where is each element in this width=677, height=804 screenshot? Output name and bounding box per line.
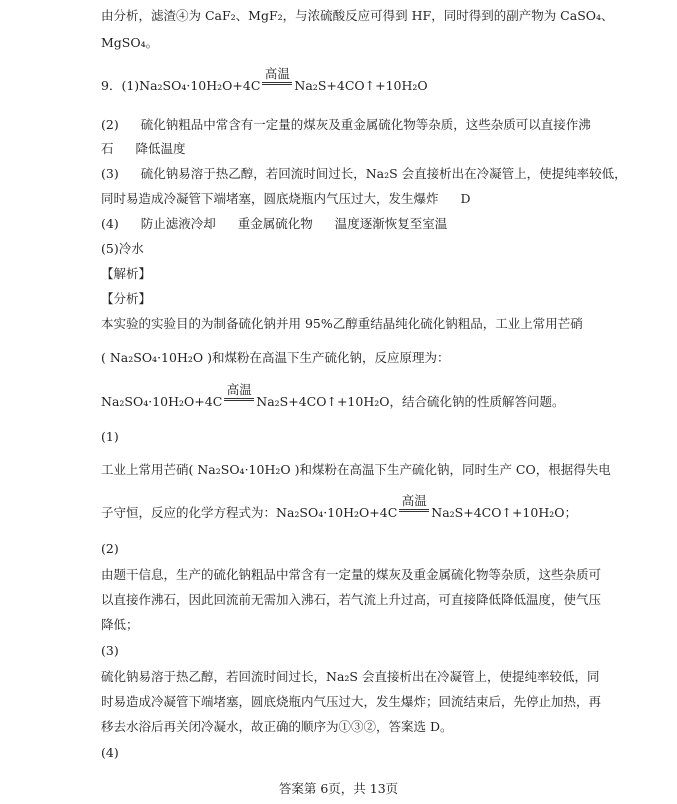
section-heading-fenxi: 【分析】 bbox=[101, 291, 151, 307]
answer-9-3-cont: 同时易造成冷凝管下端堵塞，圆底烧瓶内气压过大，发生爆炸D bbox=[101, 191, 471, 207]
text-line: 以直接作沸石，因此回流前无需加入沸石，若气流上升过高，可直接降低降低温度，使气压 bbox=[101, 592, 601, 608]
section-heading-analysis: 【解析】 bbox=[101, 266, 151, 282]
reaction-arrow: 高温 bbox=[262, 78, 292, 90]
page-footer: 答案第 6页，共 13页 bbox=[0, 779, 677, 797]
reaction-equation: 子守恒，反应的化学方程式为：Na₂SO₄·10H₂O+4C高温Na₂S+4CO↑… bbox=[101, 505, 577, 521]
text-line: 工业上常用芒硝( Na₂SO₄·10H₂O )和煤粉在高温下生产硫化钠，同时生产… bbox=[101, 462, 611, 478]
answer-9-2: (2)硫化钠粗品中常含有一定量的煤灰及重金属硫化物等杂质，这些杂质可以直接作沸 bbox=[101, 117, 591, 133]
answer-9-5: (5)冷水 bbox=[101, 241, 144, 257]
sub-heading-2: (2) bbox=[101, 541, 119, 557]
text-line: 由题干信息，生产的硫化钠粗品中常含有一定量的煤灰及重金属硫化物等杂质，这些杂质可 bbox=[101, 567, 601, 583]
answer-9-4: (4)防止滤液冷却重金属硫化物温度逐渐恢复至室温 bbox=[101, 216, 447, 232]
text-line: 时易造成冷凝管下端堵塞，圆底烧瓶内气压过大，发生爆炸；回流结束后，先停止加热，再 bbox=[101, 694, 601, 710]
reaction-arrow: 高温 bbox=[224, 394, 254, 406]
reaction-equation: Na₂SO₄·10H₂O+4C高温Na₂S+4CO↑+10H₂O，结合硫化钠的性… bbox=[101, 394, 564, 410]
text-line: 由分析，滤渣④为 CaF₂、MgF₂，与浓硫酸反应可得到 HF，同时得到的副产物… bbox=[101, 8, 614, 24]
text-line: 降低； bbox=[101, 617, 139, 633]
answer-9-1-equation: 9．(1)Na₂SO₄·10H₂O+4C高温Na₂S+4CO↑+10H₂O bbox=[101, 78, 428, 94]
text-line: MgSO₄。 bbox=[101, 35, 158, 51]
text-line: 移去水浴后再关闭冷凝水，故正确的顺序为①③②，答案选 D。 bbox=[101, 719, 453, 735]
sub-heading-1: (1) bbox=[101, 429, 119, 445]
sub-heading-3: (3) bbox=[101, 643, 119, 659]
reaction-arrow: 高温 bbox=[399, 505, 429, 517]
text-line: 本实验的实验目的为制备硫化钠并用 95%乙醇重结晶纯化硫化钠粗品，工业上常用芒硝 bbox=[101, 316, 583, 332]
text-line: 硫化钠易溶于热乙醇，若回流时间过长，Na₂S 会直接析出在冷凝管上，使提纯率较低… bbox=[101, 669, 599, 685]
answer-9-2-cont: 石降低温度 bbox=[101, 141, 186, 157]
answer-9-3: (3)硫化钠易溶于热乙醇，若回流时间过长，Na₂S 会直接析出在冷凝管上，使提纯… bbox=[101, 166, 627, 182]
sub-heading-4: (4) bbox=[101, 745, 119, 761]
text-line: ( Na₂SO₄·10H₂O )和煤粉在高温下生产硫化钠，反应原理为： bbox=[101, 350, 449, 366]
